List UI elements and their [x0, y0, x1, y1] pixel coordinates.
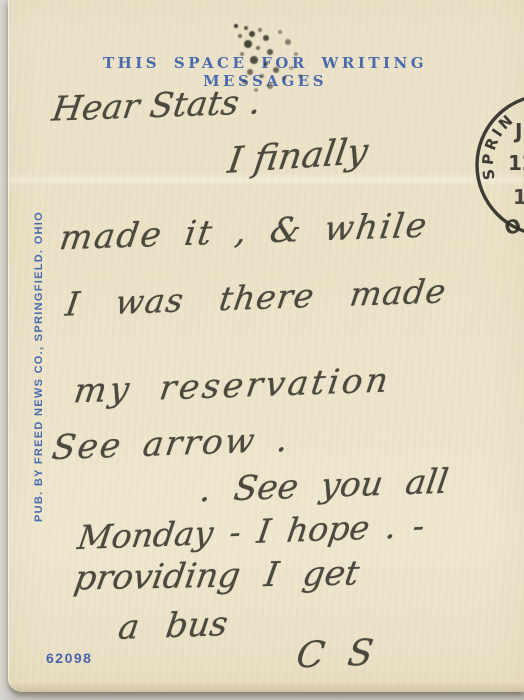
postmark-state-text: O: [502, 214, 524, 240]
message-line: a bus: [116, 604, 230, 648]
postmark-hour-text: 12: [508, 151, 524, 175]
postcard-back: THIS SPACE FOR WRITING MESSAGES PUB. BY …: [8, 0, 524, 692]
message-line: See arrow .: [50, 420, 293, 468]
publisher-imprint: PUB. BY FREED NEWS CO., SPRINGFIELD. OHI…: [33, 148, 45, 522]
postmark-stamp: SPRIN J 12 1 O: [445, 76, 524, 246]
message-line: I was there made: [63, 271, 449, 323]
message-line: . See you all: [197, 462, 450, 511]
serial-number: 62098: [46, 650, 92, 666]
postmark-line3-text: 1: [513, 185, 524, 209]
message-line: I finally: [225, 131, 370, 182]
message-line: Hear Stats .: [50, 82, 264, 129]
message-line: my reservation: [71, 361, 393, 412]
postmark-month-text: J: [513, 119, 522, 143]
message-line: made it , & while: [57, 206, 431, 259]
message-line: Monday - I hope . -: [75, 506, 427, 557]
message-signature: C S: [294, 633, 376, 677]
message-line: providing I get: [71, 554, 362, 599]
scanned-postcard-image: THIS SPACE FOR WRITING MESSAGES PUB. BY …: [0, 0, 524, 700]
